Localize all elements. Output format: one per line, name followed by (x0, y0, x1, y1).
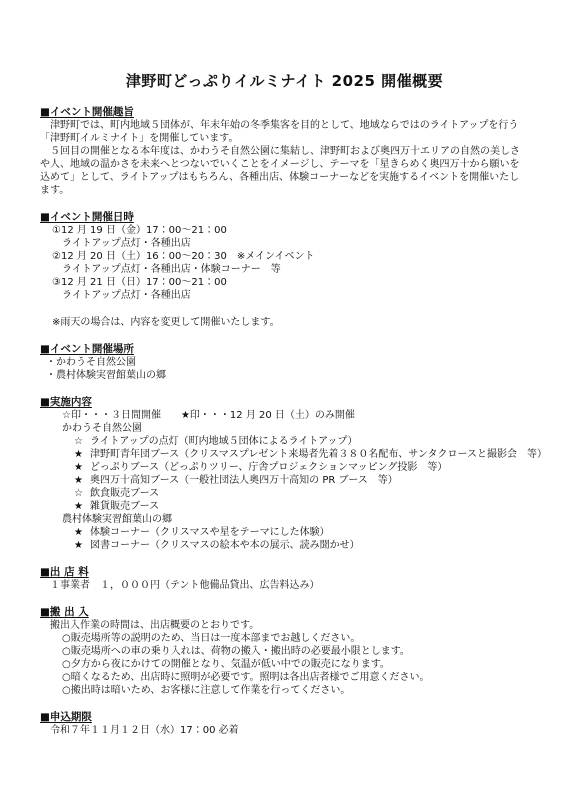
star-item-text: どっぷりブース（どっぷりツリー、庁舎プロジェクションマッピング投影 等） (90, 462, 447, 473)
star-item-text: 雑貨販売ブース (90, 501, 159, 512)
page-title: 津野町どっぷりイルミナイト 2025 開催概要 (40, 70, 529, 92)
text-line-item: ②12 月 20 日（土）16：00～20：30 ※メインイベント (40, 250, 529, 263)
text-line-dot: ・農村体験実習館葉山の郷 (40, 369, 529, 382)
section-heading: ■出 店 料 (40, 566, 529, 579)
text-line-circle: ○暗くなるため、出店時に照明が必要です。照明は各出店者様でご用意ください。 (40, 671, 529, 684)
star-item-text: 飲食販売ブース (90, 488, 159, 499)
section-heading: ■搬 出 入 (40, 606, 529, 619)
text-line-circle: ○夕方から夜にかけての開催となり、気温が低い中での販売になります。 (40, 658, 529, 671)
section-lines: 令和７年１１月１２日（水）17：00 必着 (40, 724, 529, 737)
section-lines: １事業者 １，０００円（テント他備品貸出、広告料込み） (40, 579, 529, 592)
text-line-venue: 農村体験実習館葉山の郷 (40, 513, 529, 526)
text-line-para: ５回目の開催となる本年度は、かわうそ自然公園に集結し、津野町および奥四万十エリア… (40, 145, 529, 197)
document-section: ■イベント開催場所 ・かわうそ自然公園・農村体験実習館葉山の郷 (40, 343, 529, 382)
open-star-icon: ☆ (74, 487, 83, 500)
filled-star-icon: ★ (74, 526, 83, 539)
document-section: ■搬 出 入 搬出入作業の時間は、出店概要のとおりです。○販売場所等の説明のため… (40, 606, 529, 697)
text-line-star: ☆飲食販売ブース (40, 487, 529, 500)
text-line-star: ★体験コーナー（クリスマスや星をテーマにした体験） (40, 526, 529, 539)
star-item-text: 奥四万十高知ブース（一般社団法人奥四万十高知の PR ブース 等） (90, 475, 398, 486)
text-line-subitem: ライトアップ点灯・各種出店・体験コーナー 等 (40, 263, 529, 276)
open-star-icon: ☆ (74, 435, 83, 448)
filled-star-icon: ★ (74, 461, 83, 474)
filled-star-icon: ★ (74, 474, 83, 487)
text-line-subitem: ライトアップ点灯・各種出店 (40, 237, 529, 250)
text-line-circle: ○販売場所等の説明のため、当日は一度本部までお越しください。 (40, 632, 529, 645)
text-line-star: ☆ライトアップの点灯（町内地域５団体によるライトアップ） (40, 435, 529, 448)
document-section: ■出 店 料 １事業者 １，０００円（テント他備品貸出、広告料込み） (40, 566, 529, 592)
text-line-legend: ☆印・・・３日間開催 ★印・・・12 月 20 日（土）のみ開催 (40, 409, 529, 422)
text-line-venue: かわうそ自然公園 (40, 422, 529, 435)
text-line-item: ①12 月 19 日（金）17：00～21：00 (40, 224, 529, 237)
document-section: ■申込期限 令和７年１１月１２日（水）17：00 必着 (40, 711, 529, 737)
section-heading: ■イベント開催趣旨 (40, 106, 529, 119)
text-line-star: ★図書コーナー（クリスマスの絵本や本の展示、読み聞かせ） (40, 539, 529, 552)
section-lines: 搬出入作業の時間は、出店概要のとおりです。○販売場所等の説明のため、当日は一度本… (40, 619, 529, 697)
star-item-text: 図書コーナー（クリスマスの絵本や本の展示、読み聞かせ） (90, 540, 360, 551)
document-section: ■イベント開催日時 ①12 月 19 日（金）17：00～21：00ライトアップ… (40, 211, 529, 329)
text-line-item: ③12 月 21 日（日）17：00～21：00 (40, 276, 529, 289)
text-line-plain: １事業者 １，０００円（テント他備品貸出、広告料込み） (40, 579, 529, 592)
text-line-star: ★雑貨販売ブース (40, 500, 529, 513)
document-body: ■イベント開催趣旨 津野町では、町内地域５団体が、年末年始の冬季集客を目的として… (40, 106, 529, 737)
document-section: ■イベント開催趣旨 津野町では、町内地域５団体が、年末年始の冬季集客を目的として… (40, 106, 529, 197)
section-heading: ■実施内容 (40, 396, 529, 409)
section-lines: ①12 月 19 日（金）17：00～21：00ライトアップ点灯・各種出店②12… (40, 224, 529, 329)
document-section: ■実施内容 ☆印・・・３日間開催 ★印・・・12 月 20 日（土）のみ開催かわ… (40, 396, 529, 552)
filled-star-icon: ★ (74, 500, 83, 513)
section-heading: ■イベント開催日時 (40, 211, 529, 224)
star-item-text: 津野町青年団ブース（クリスマスプレゼント来場者先着３８０名配布、サンタクロースと… (90, 449, 547, 460)
text-line-para: 津野町では、町内地域５団体が、年末年始の冬季集客を目的として、地域ならではのライ… (40, 119, 529, 145)
text-line-dot: ・かわうそ自然公園 (40, 356, 529, 369)
section-lines: 津野町では、町内地域５団体が、年末年始の冬季集客を目的として、地域ならではのライ… (40, 119, 529, 197)
document-page: 津野町どっぷりイルミナイト 2025 開催概要 ■イベント開催趣旨 津野町では、… (0, 0, 565, 800)
text-line-subitem: ライトアップ点灯・各種出店 (40, 289, 529, 302)
star-item-text: ライトアップの点灯（町内地域５団体によるライトアップ） (90, 436, 358, 447)
text-line-star: ★どっぷりブース（どっぷりツリー、庁舎プロジェクションマッピング投影 等） (40, 461, 529, 474)
text-line-star: ★津野町青年団ブース（クリスマスプレゼント来場者先着３８０名配布、サンタクロース… (40, 448, 529, 461)
text-line-circle: ○搬出時は暗いため、お客様に注意して作業を行ってください。 (40, 684, 529, 697)
section-lines: ☆印・・・３日間開催 ★印・・・12 月 20 日（土）のみ開催かわうそ自然公園… (40, 409, 529, 552)
star-item-text: 体験コーナー（クリスマスや星をテーマにした体験） (90, 527, 330, 538)
text-line-plain: 令和７年１１月１２日（水）17：00 必着 (40, 724, 529, 737)
text-line-circle: ○販売場所への車の乗り入れは、荷物の搬入・搬出時の必要最小限とします。 (40, 645, 529, 658)
text-line-plain: 搬出入作業の時間は、出店概要のとおりです。 (40, 619, 529, 632)
section-heading: ■イベント開催場所 (40, 343, 529, 356)
section-lines: ・かわうそ自然公園・農村体験実習館葉山の郷 (40, 356, 529, 382)
text-line-star: ★奥四万十高知ブース（一般社団法人奥四万十高知の PR ブース 等） (40, 474, 529, 487)
section-heading: ■申込期限 (40, 711, 529, 724)
filled-star-icon: ★ (74, 539, 83, 552)
filled-star-icon: ★ (74, 448, 83, 461)
text-line-note: ※雨天の場合は、内容を変更して開催いたします。 (40, 316, 529, 329)
